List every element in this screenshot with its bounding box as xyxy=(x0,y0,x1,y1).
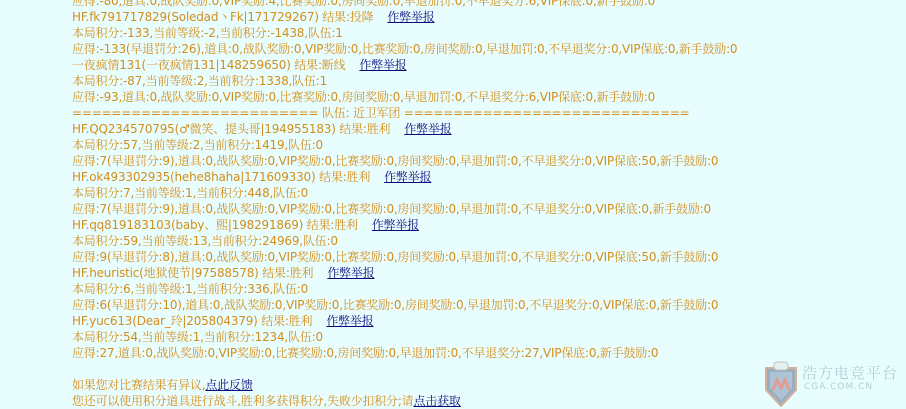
brand-tagline: · · · · · · · xyxy=(806,396,870,403)
line-text: 一夜疯情131(一夜疯情131|148259650) 结果:断线 xyxy=(72,58,345,72)
line-text: 应得:6(早退罚分:10),道具:0,战队奖励:0,VIP奖励:0,比赛奖励:0… xyxy=(72,298,718,312)
cheat-report-link[interactable]: 作弊举报 xyxy=(326,314,373,328)
player-line: HF.qq819183103(baby、熙|198291869) 结果:胜利作弊… xyxy=(72,217,902,233)
line-text: 应得:-80,道具:0,战队奖励:0,VIP奖励:4,比赛奖励:0,房间奖励:0… xyxy=(72,0,655,8)
line-text: 应得:-133(早退罚分:26),道具:0,战队奖励:0,VIP奖励:0,比赛奖… xyxy=(72,42,737,56)
get-props-link[interactable]: 点击获取 xyxy=(413,394,460,408)
match-report: 应得:-80,道具:0,战队奖励:0,VIP奖励:4,比赛奖励:0,房间奖励:0… xyxy=(72,0,902,409)
line-text: 应得:7(早退罚分:9),道具:0,战队奖励:0,VIP奖励:0,比赛奖励:0,… xyxy=(72,154,718,168)
line-text: 本局积分:-87,当前等级:2,当前积分:1338,队伍:1 xyxy=(72,74,327,88)
cheat-report-link[interactable]: 作弊举报 xyxy=(404,122,451,136)
line-text: 本局积分:54,当前等级:1,当前积分:1234,队伍:0 xyxy=(72,330,323,344)
stats-line: 本局积分:6,当前等级:1,当前积分:336,队伍:0 xyxy=(72,281,902,297)
player-line: HF.heuristic(地狱使节|97588578) 结果:胜利作弊举报 xyxy=(72,265,902,281)
team-separator: ========================= 队伍: 近卫军团 =====… xyxy=(72,105,902,121)
cheat-report-link[interactable]: 作弊举报 xyxy=(359,58,406,72)
line-text: HF.fk791717829(Soledad丶Fk|171729267) 结果:… xyxy=(72,10,373,24)
line-text: HF.ok493302935(hehe8haha|171609330) 结果:胜… xyxy=(72,170,370,184)
stats-line: 本局积分:-133,当前等级:-2,当前积分:-1438,队伍:1 xyxy=(72,25,902,41)
cheat-report-link[interactable]: 作弊举报 xyxy=(327,266,374,280)
stats-line: 本局积分:57,当前等级:2,当前积分:1419,队伍:0 xyxy=(72,137,902,153)
stats-line: 应得:-80,道具:0,战队奖励:0,VIP奖励:4,比赛奖励:0,房间奖励:0… xyxy=(72,0,902,9)
dispute-text: 如果您对比赛结果有异议, xyxy=(72,378,205,392)
line-text: 应得:9(早退罚分:8),道具:0,战队奖励:0,VIP奖励:0,比赛奖励:0,… xyxy=(72,250,718,264)
stats-line: 应得:-93,道具:0,战队奖励:0,VIP奖励:0,比赛奖励:0,房间奖励:0… xyxy=(72,89,902,105)
line-text: 本局积分:59,当前等级:13,当前积分:24969,队伍:0 xyxy=(72,234,338,248)
line-text: 应得:7(早退罚分:9),道具:0,战队奖励:0,VIP奖励:0,比赛奖励:0,… xyxy=(72,202,711,216)
line-text: 应得:27,道具:0,战队奖励:0,VIP奖励:0,比赛奖励:0,房间奖励:0,… xyxy=(72,346,658,360)
line-text: HF.qq819183103(baby、熙|198291869) 结果:胜利 xyxy=(72,218,358,232)
stats-line: 本局积分:54,当前等级:1,当前积分:1234,队伍:0 xyxy=(72,329,902,345)
player-line: HF.yuc613(Dear_玲|205804379) 结果:胜利作弊举报 xyxy=(72,313,902,329)
player-line: HF.fk791717829(Soledad丶Fk|171729267) 结果:… xyxy=(72,9,902,25)
line-text: HF.yuc613(Dear_玲|205804379) 结果:胜利 xyxy=(72,314,312,328)
stats-line: 本局积分:-87,当前等级:2,当前积分:1338,队伍:1 xyxy=(72,73,902,89)
line-text: HF.QQ234570795(♂微笑、提头哥|194955183) 结果:胜利 xyxy=(72,122,390,136)
stats-line: 本局积分:7,当前等级:1,当前积分:448,队伍:0 xyxy=(72,185,902,201)
stats-line: 本局积分:59,当前等级:13,当前积分:24969,队伍:0 xyxy=(72,233,902,249)
line-text: 本局积分:57,当前等级:2,当前积分:1419,队伍:0 xyxy=(72,138,323,152)
line-text: 本局积分:6,当前等级:1,当前积分:336,队伍:0 xyxy=(72,282,308,296)
feedback-link[interactable]: 点此反馈 xyxy=(205,378,252,392)
stats-line: 应得:-133(早退罚分:26),道具:0,战队奖励:0,VIP奖励:0,比赛奖… xyxy=(72,41,902,57)
player-line: 一夜疯情131(一夜疯情131|148259650) 结果:断线作弊举报 xyxy=(72,57,902,73)
cheat-report-link[interactable]: 作弊举报 xyxy=(387,10,434,24)
brand-name: 浩方电竞平台 xyxy=(802,362,898,383)
logo: 浩方电竞平台 CGA.COM.CN · · · · · · · xyxy=(762,358,906,409)
stats-line: 应得:6(早退罚分:10),道具:0,战队奖励:0,VIP奖励:0,比赛奖励:0… xyxy=(72,297,902,313)
stats-line: 应得:7(早退罚分:9),道具:0,战队奖励:0,VIP奖励:0,比赛奖励:0,… xyxy=(72,201,902,217)
line-text: HF.heuristic(地狱使节|97588578) 结果:胜利 xyxy=(72,266,313,280)
line-text: ========================= 队伍: 近卫军团 =====… xyxy=(72,106,690,120)
stats-line: 应得:9(早退罚分:8),道具:0,战队奖励:0,VIP奖励:0,比赛奖励:0,… xyxy=(72,249,902,265)
report-lines: 应得:-80,道具:0,战队奖励:0,VIP奖励:4,比赛奖励:0,房间奖励:0… xyxy=(72,0,902,361)
brand-url: CGA.COM.CN xyxy=(804,382,873,392)
props-text: 您还可以使用积分道具进行战斗,胜利多获得积分,失败少扣积分;请 xyxy=(72,394,413,408)
player-line: HF.ok493302935(hehe8haha|171609330) 结果:胜… xyxy=(72,169,902,185)
logo-emblem-icon xyxy=(762,360,800,408)
line-text: 本局积分:7,当前等级:1,当前积分:448,队伍:0 xyxy=(72,186,308,200)
cheat-report-link[interactable]: 作弊举报 xyxy=(384,170,431,184)
line-text: 本局积分:-133,当前等级:-2,当前积分:-1438,队伍:1 xyxy=(72,26,343,40)
cheat-report-link[interactable]: 作弊举报 xyxy=(372,218,419,232)
stats-line: 应得:7(早退罚分:9),道具:0,战队奖励:0,VIP奖励:0,比赛奖励:0,… xyxy=(72,153,902,169)
line-text: 应得:-93,道具:0,战队奖励:0,VIP奖励:0,比赛奖励:0,房间奖励:0… xyxy=(72,90,655,104)
player-line: HF.QQ234570795(♂微笑、提头哥|194955183) 结果:胜利作… xyxy=(72,121,902,137)
